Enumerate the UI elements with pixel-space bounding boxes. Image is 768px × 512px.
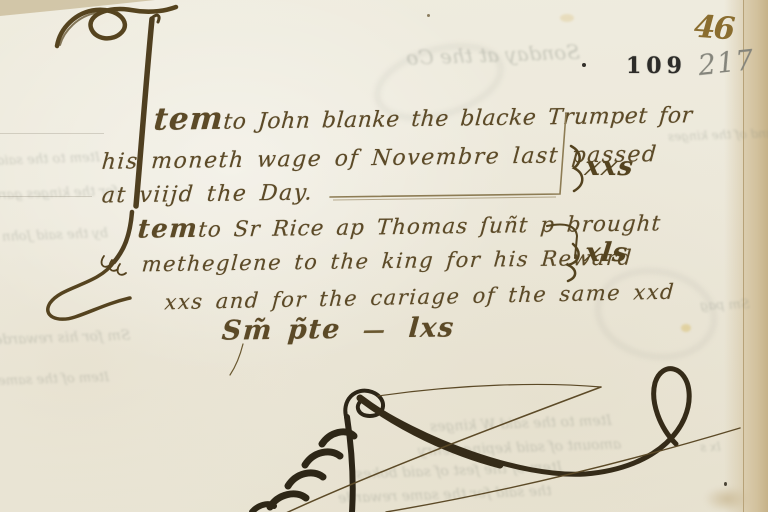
ink-speck <box>582 63 586 67</box>
flourish-figure-eight <box>57 7 176 46</box>
manuscript-photo: Sonday at the Co Item to the said for th… <box>0 0 768 512</box>
entry2-hook <box>547 224 577 258</box>
item2-initial-stem <box>114 212 132 262</box>
item1-initial-stem <box>136 19 152 206</box>
ink-speck <box>724 482 727 486</box>
entry1-amount-brace <box>571 146 582 191</box>
foxing-stain <box>560 14 574 22</box>
sum-descender <box>230 344 243 375</box>
penwork-overlay <box>0 0 768 512</box>
entry1-rule-double <box>333 197 556 200</box>
foxing-stain <box>681 324 691 332</box>
entry2-amount-brace <box>568 244 579 281</box>
flourish-hairline <box>378 384 601 396</box>
flourish-ribbon <box>288 473 323 486</box>
flourish-ribbon <box>305 452 340 465</box>
entry1-rule-bracket <box>330 113 566 197</box>
ink-speck <box>427 14 430 17</box>
